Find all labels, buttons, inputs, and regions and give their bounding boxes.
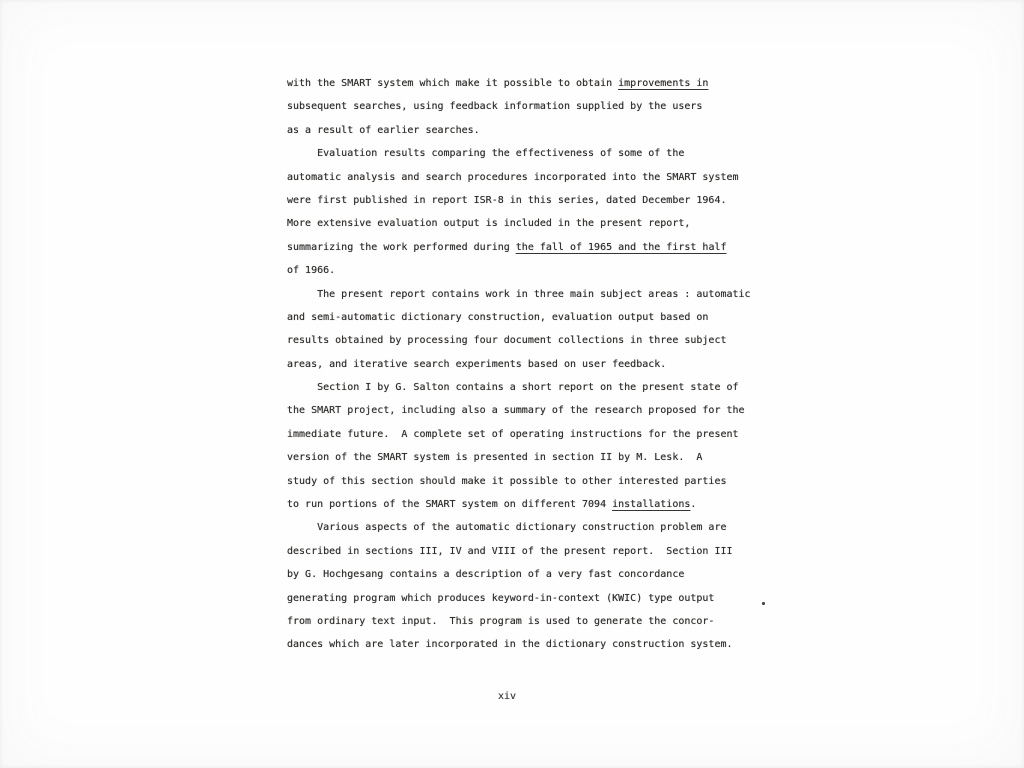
text-line: subsequent searches, using feedback info… — [287, 95, 757, 118]
text-line: results obtained by processing four docu… — [287, 329, 757, 352]
text-line: from ordinary text input. This program i… — [287, 610, 757, 633]
text-line: immediate future. A complete set of oper… — [287, 423, 757, 446]
text-line: dances which are later incorporated in t… — [287, 633, 757, 656]
text-line: by G. Hochgesang contains a description … — [287, 563, 757, 586]
underlined-text: installations — [612, 499, 690, 510]
text-line: as a result of earlier searches. — [287, 119, 757, 142]
text-line: the SMART project, including also a summ… — [287, 399, 757, 422]
page-number: xiv — [498, 691, 516, 702]
text-line: More extensive evaluation output is incl… — [287, 212, 757, 235]
text-line: generating program which produces keywor… — [287, 587, 757, 610]
underlined-text: improvements in — [618, 78, 708, 89]
text-line: were first published in report ISR-8 in … — [287, 189, 757, 212]
text-line: summarizing the work performed during th… — [287, 236, 757, 259]
scanned-page: with the SMART system which make it poss… — [0, 0, 1024, 768]
text-line: of 1966. — [287, 259, 757, 282]
text-line: and semi-automatic dictionary constructi… — [287, 306, 757, 329]
text-line: version of the SMART system is presented… — [287, 446, 757, 469]
text-line: Various aspects of the automatic diction… — [287, 516, 757, 539]
text-lines: with the SMART system which make it poss… — [287, 72, 757, 657]
text-line: study of this section should make it pos… — [287, 470, 757, 493]
text-line: Evaluation results comparing the effecti… — [287, 142, 757, 165]
text-line: areas, and iterative search experiments … — [287, 353, 757, 376]
underlined-text: the fall of 1965 and the first half — [516, 242, 727, 253]
text-line: The present report contains work in thre… — [287, 283, 757, 306]
scan-speck — [762, 602, 765, 605]
text-line: with the SMART system which make it poss… — [287, 72, 757, 95]
text-line: described in sections III, IV and VIII o… — [287, 540, 757, 563]
text-line: to run portions of the SMART system on d… — [287, 493, 757, 516]
text-line: automatic analysis and search procedures… — [287, 166, 757, 189]
text-line: Section I by G. Salton contains a short … — [287, 376, 757, 399]
